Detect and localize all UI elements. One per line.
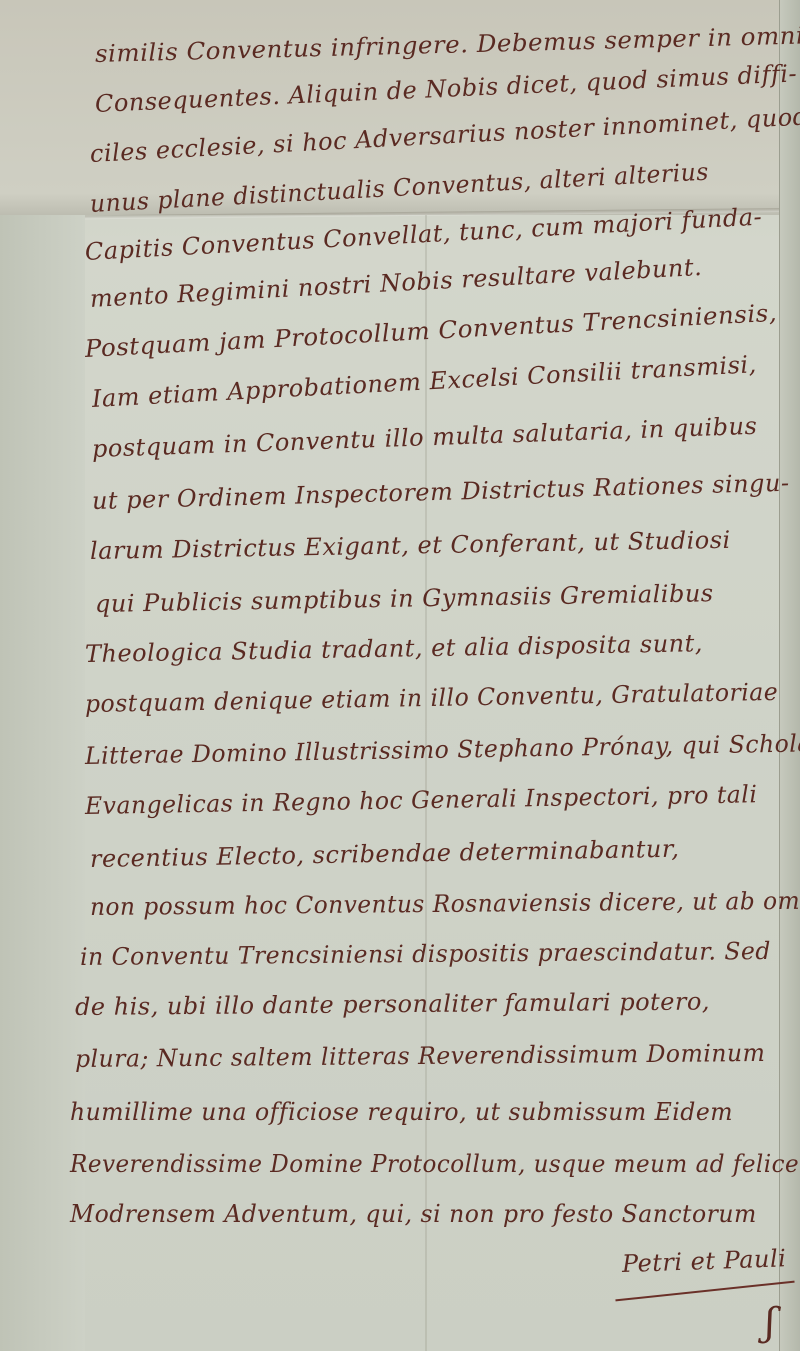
- text-line: Evangelicas in Regno hoc Generali Inspec…: [85, 780, 758, 820]
- text-line: unus plane distinctualis Conventus, alte…: [89, 158, 709, 218]
- text-line: qui Publicis sumptibus in Gymnasiis Grem…: [95, 579, 714, 618]
- text-line: de his, ubi illo dante personaliter famu…: [75, 987, 710, 1021]
- closing-text: Petri et Pauli: [622, 1244, 787, 1278]
- text-line: similis Conventus infringere. Debemus se…: [95, 19, 800, 68]
- text-line: in Conventu Trencsiniensi dispositis pra…: [80, 937, 771, 971]
- text-line: humillime una officiose requiro, ut subm…: [70, 1098, 733, 1126]
- text-line: non possum hoc Conventus Rosnaviensis di…: [90, 886, 800, 921]
- text-line: postquam in Conventu illo multa salutari…: [92, 412, 758, 463]
- text-line: Modrensem Adventum, qui, si non pro fest…: [70, 1200, 757, 1228]
- handwritten-text-body: similis Conventus infringere. Debemus se…: [0, 0, 800, 1351]
- text-line: Litterae Domino Illustrissimo Stephano P…: [85, 729, 800, 770]
- text-line: plura; Nunc saltem litteras Reverendissi…: [75, 1039, 766, 1073]
- text-line: postquam denique etiam in illo Conventu,…: [85, 678, 779, 718]
- text-line: Iam etiam Approbationem Excelsi Consilii…: [91, 350, 757, 413]
- text-line: ut per Ordinem Inspectorem Districtus Ra…: [92, 469, 790, 515]
- text-line: Reverendissime Domine Protocollum, usque…: [70, 1150, 800, 1178]
- text-line: Theologica Studia tradant, et alia dispo…: [85, 629, 703, 668]
- text-line: Postquam jam Protocollum Conventus Trenc…: [84, 299, 777, 363]
- text-line: larum Districtus Exigant, et Conferant, …: [90, 526, 731, 565]
- manuscript-page: similis Conventus infringere. Debemus se…: [0, 0, 800, 1351]
- text-line: recentius Electo, scribendae determinaba…: [90, 835, 680, 873]
- text-line: mento Regimini nostri Nobis resultare va…: [89, 253, 703, 313]
- signature-flourish: ʃ: [765, 1300, 775, 1344]
